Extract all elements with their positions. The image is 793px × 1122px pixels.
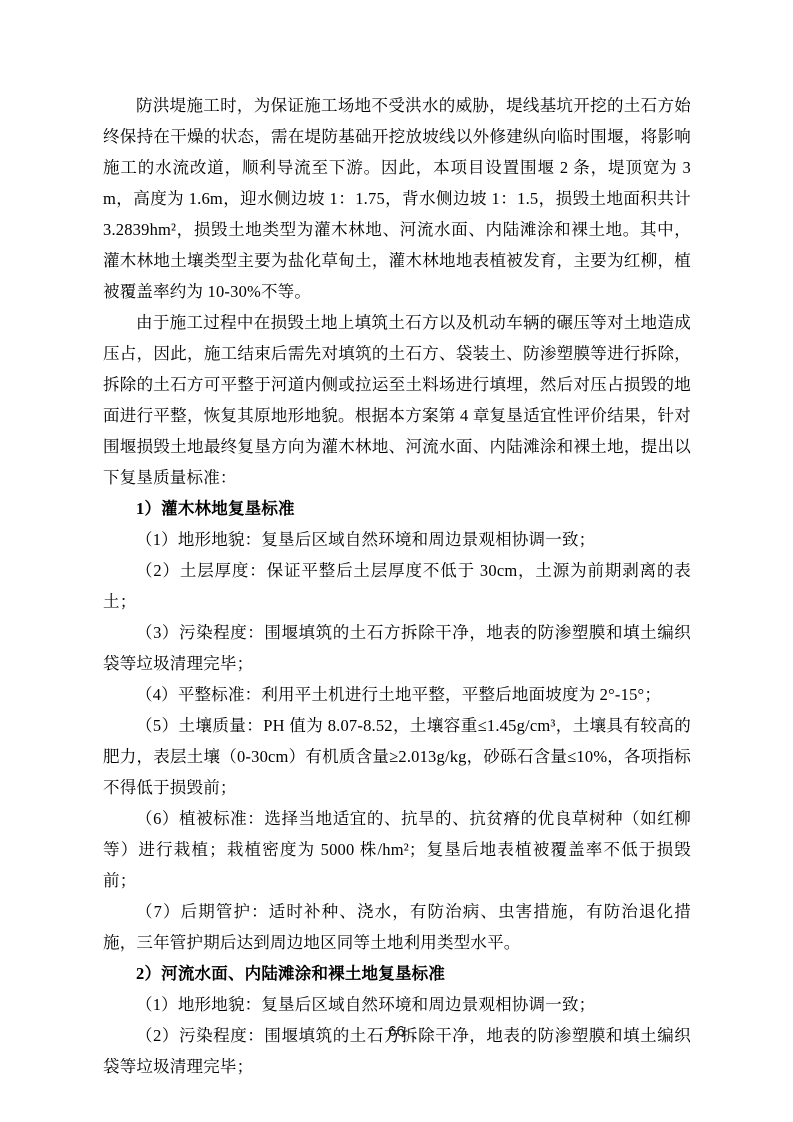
body-paragraph-flood-dike-construction: 防洪堤施工时，为保证施工场地不受洪水的威胁，堤线基坑开挖的土石方始终保持在干燥的…: [103, 90, 691, 307]
section-heading-river-surface-standard: 2）河流水面、内陆滩涂和裸土地复垦标准: [103, 958, 691, 989]
list-item-maintenance: （7）后期管护：适时补种、浇水，有防治病、虫害措施，有防治退化措施，三年管护期后…: [103, 896, 691, 958]
document-page: 防洪堤施工时，为保证施工场地不受洪水的威胁，堤线基坑开挖的土石方始终保持在干燥的…: [0, 0, 793, 1122]
list-item-vegetation: （6）植被标准：选择当地适宜的、抗旱的、抗贫瘠的优良草树种（如红柳等）进行栽植；…: [103, 803, 691, 896]
list-item-terrain-2: （1）地形地貌：复垦后区域自然环境和周边景观相协调一致；: [103, 989, 691, 1020]
list-item-leveling: （4）平整标准：利用平土机进行土地平整，平整后地面坡度为 2°-15°；: [103, 679, 691, 710]
page-number: 66: [0, 1022, 793, 1042]
document-content: 防洪堤施工时，为保证施工场地不受洪水的威胁，堤线基坑开挖的土石方始终保持在干燥的…: [103, 90, 691, 1082]
list-item-soil-thickness: （2）土层厚度：保证平整后土层厚度不低于 30cm，土源为前期剥离的表土；: [103, 555, 691, 617]
list-item-pollution: （3）污染程度：围堰填筑的土石方拆除干净，地表的防渗塑膜和填土编织袋等垃圾清理完…: [103, 617, 691, 679]
section-heading-shrubland-standard: 1）灌木林地复垦标准: [103, 493, 691, 524]
list-item-soil-quality: （5）土壤质量：PH 值为 8.07-8.52，土壤容重≤1.45g/cm³，土…: [103, 710, 691, 803]
body-paragraph-land-occupation: 由于施工过程中在损毁土地上填筑土石方以及机动车辆的碾压等对土地造成压占，因此，施…: [103, 307, 691, 493]
list-item-terrain: （1）地形地貌：复垦后区域自然环境和周边景观相协调一致；: [103, 524, 691, 555]
